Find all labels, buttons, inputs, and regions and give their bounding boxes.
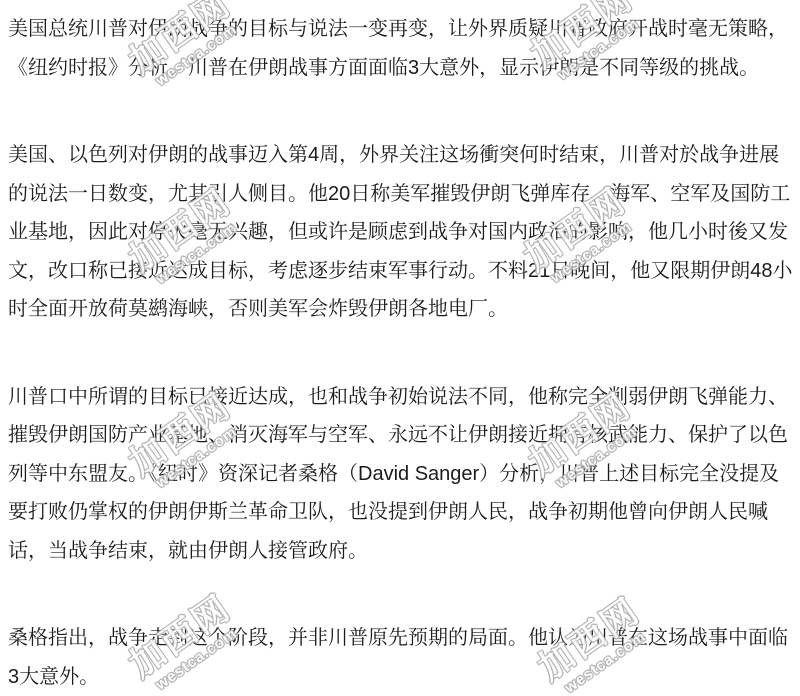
article-page: 美国总统川普对伊朗战争的目标与说法一变再变，让外界质疑川普政府开战时毫无策略，《…: [0, 0, 800, 696]
article-body: 美国总统川普对伊朗战争的目标与说法一变再变，让外界质疑川普政府开战时毫无策略，《…: [0, 0, 800, 696]
article-paragraph: 美国总统川普对伊朗战争的目标与说法一变再变，让外界质疑川普政府开战时毫无策略，《…: [8, 10, 796, 87]
article-paragraph: 桑格指出，战争走到这个阶段，并非川普原先预期的局面。他认为川普在这场战事中面临3…: [8, 619, 796, 696]
article-paragraph: 美国、以色列对伊朗的战事迈入第4周，外界关注这场衝突何时结束，川普对於战争进展的…: [8, 136, 796, 329]
article-paragraph: 川普口中所谓的目标已接近达成，也和战争初始说法不同，他称完全削弱伊朗飞弹能力、摧…: [8, 378, 796, 571]
